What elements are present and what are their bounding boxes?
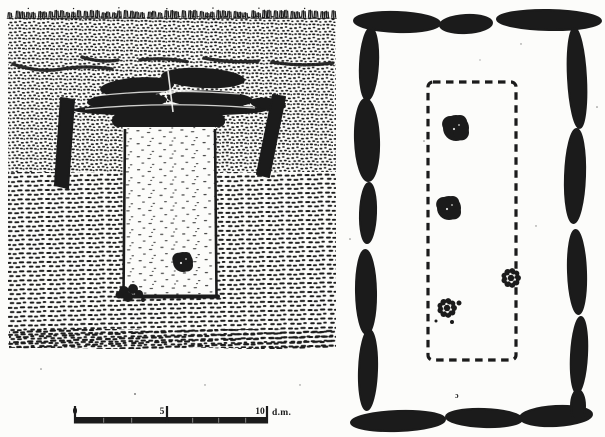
grass-tuft — [284, 10, 288, 17]
grass-tuft — [106, 12, 110, 18]
grass-tuft — [130, 11, 134, 18]
scale-label-5: 5 — [160, 407, 165, 417]
stray-dot — [212, 7, 213, 8]
grass-tuft — [332, 11, 336, 18]
grass-tuft — [66, 12, 70, 17]
print-speck — [423, 140, 425, 142]
kerb-stone — [497, 9, 601, 31]
grass-tuft — [148, 12, 152, 18]
packing-stone — [116, 292, 123, 299]
grass-tuft — [39, 12, 43, 18]
grass-tuft — [8, 13, 12, 18]
grass-tuft — [141, 13, 145, 18]
grass-tuft — [165, 11, 169, 18]
grass-tuft — [291, 11, 295, 17]
grass-tuft — [21, 12, 25, 18]
scale-unit-label: d.m. — [272, 408, 291, 418]
grass-tuft — [189, 11, 193, 18]
grass-tuft — [210, 12, 214, 18]
plan-view: ɔ — [351, 9, 601, 433]
grass-tuft — [84, 11, 88, 17]
grass-tuft — [43, 12, 47, 18]
grass-tuft — [280, 11, 284, 18]
kerb-stone — [565, 28, 588, 129]
grass-tuft — [90, 10, 94, 17]
grass-tuft — [60, 11, 64, 18]
find-cluster-3 — [501, 268, 520, 288]
packing-stone — [123, 292, 133, 302]
grass-tuft — [227, 11, 231, 17]
tiny-print-mark: ɔ — [455, 391, 459, 400]
section-view — [7, 7, 336, 349]
print-speck — [204, 384, 205, 385]
print-speck — [349, 238, 351, 240]
grass-tuft — [200, 11, 204, 17]
figure-page: ɔ 0510d.m. — [0, 0, 605, 437]
kerb-stones — [351, 9, 601, 433]
scale-bar-segment-gap — [103, 418, 104, 423]
grass-tuft — [321, 12, 325, 18]
grass-tuft — [325, 11, 329, 17]
scale-label-10: 10 — [255, 407, 265, 417]
find-satellite-dot — [435, 320, 438, 323]
grass-tuft — [182, 11, 186, 18]
kerb-stone — [351, 409, 446, 432]
earth-stipple-base — [9, 329, 335, 349]
grass-tuft — [49, 12, 53, 18]
grass-tuft — [263, 10, 267, 17]
scale-bar: 0510d.m. — [73, 406, 292, 424]
grass-tuft — [72, 12, 76, 18]
grass-tuft — [117, 11, 121, 18]
kerb-stone — [567, 230, 588, 315]
engraving-figure: ɔ 0510d.m. — [0, 0, 605, 437]
kerb-stone — [571, 390, 585, 422]
print-speck — [299, 384, 300, 385]
print-speck — [134, 393, 136, 395]
grass-tuft — [152, 11, 156, 17]
grass-tuft — [175, 12, 179, 18]
grass-tuft — [244, 13, 248, 18]
kerb-stone — [354, 99, 381, 182]
print-speck — [479, 59, 480, 60]
packing-stone — [141, 298, 145, 302]
grass-tuft — [257, 13, 261, 18]
print-speck — [40, 368, 42, 370]
print-speck — [596, 106, 598, 108]
packing-stone — [135, 290, 143, 298]
grass-tuft — [252, 11, 256, 18]
find-blob-2 — [436, 196, 461, 220]
find-blob-1 — [442, 115, 469, 141]
kerb-stone — [358, 330, 379, 411]
grass-tuft — [112, 13, 116, 18]
print-speck — [535, 225, 536, 226]
kerb-stone — [440, 14, 493, 35]
grass-tuft — [222, 11, 226, 18]
grass-tuft — [239, 12, 243, 17]
grass-tuft — [171, 11, 175, 18]
grass-tuft — [55, 10, 59, 17]
kerb-stone — [355, 250, 376, 334]
find-cluster-4 — [435, 298, 462, 324]
grass-tuft — [309, 10, 313, 17]
kerb-stone — [446, 408, 523, 429]
find-satellite-dot — [450, 320, 454, 324]
scale-tick — [166, 406, 168, 424]
stray-dot — [73, 8, 74, 9]
grass-tuft — [314, 11, 318, 18]
stray-dot — [166, 8, 167, 9]
scale-label-0: 0 — [73, 407, 78, 417]
stray-dot — [304, 8, 305, 9]
grass-tuft — [158, 13, 162, 18]
find-satellite-dot — [457, 301, 462, 306]
scale-bar-segment-gap — [218, 418, 219, 423]
kerb-stone — [569, 317, 589, 394]
stray-dot — [118, 7, 119, 8]
grass-tuft — [102, 13, 106, 18]
scale-tick — [266, 406, 268, 424]
grass-tuft — [32, 12, 36, 17]
grave-pit-dashed-outline — [428, 82, 516, 360]
stray-dot — [28, 8, 29, 9]
kerb-stone — [563, 129, 586, 224]
grass-tuft — [205, 13, 209, 18]
grass-tuft — [302, 11, 306, 18]
grass-tuft — [96, 11, 100, 18]
grass-tuft — [77, 11, 81, 18]
kerb-stone — [359, 183, 377, 244]
scale-bar-segment-gap — [131, 418, 132, 423]
print-speck — [520, 43, 521, 44]
scale-bar-segment-gap — [192, 418, 193, 423]
grass-tuft — [135, 12, 139, 18]
capstone — [112, 114, 225, 127]
grass-tuft — [296, 12, 300, 18]
grass-tuft — [16, 11, 20, 18]
grass-tuft — [26, 12, 30, 17]
grass-tuft — [274, 11, 278, 18]
scale-bar-segment-gap — [245, 418, 246, 423]
grass-tuft — [217, 10, 221, 17]
grass-tuft — [193, 10, 197, 17]
grave-pit-stipple — [123, 127, 217, 297]
grass-tuft — [234, 11, 238, 17]
grass-tuft — [124, 10, 128, 17]
grass-tuft — [267, 10, 271, 17]
stray-dot — [258, 7, 259, 8]
kerb-stone — [358, 28, 380, 101]
